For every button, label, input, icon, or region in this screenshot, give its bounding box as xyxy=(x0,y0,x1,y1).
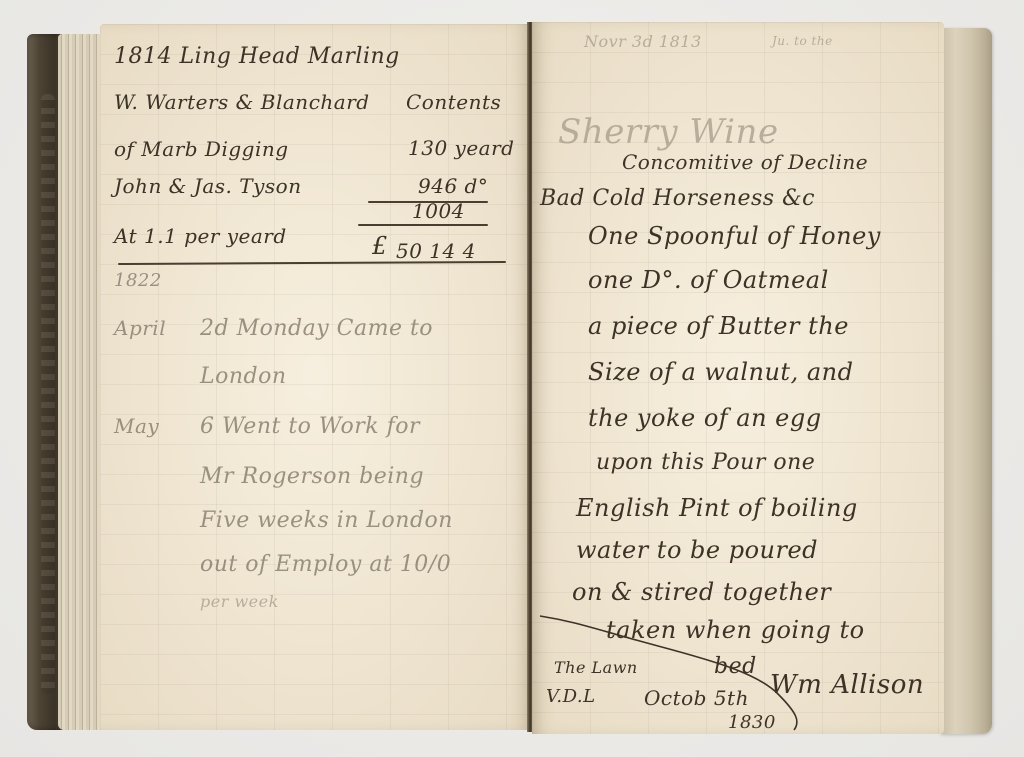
pencil-year: 1822 xyxy=(114,270,162,291)
place-line: V.D.L xyxy=(546,686,596,707)
value-amount: 130 xyxy=(408,136,448,160)
left-page: 1814 Ling Head Marling W. Warters & Blan… xyxy=(100,24,530,730)
entry-line: W. Warters & Blanchard xyxy=(114,90,370,114)
photo-background: 1814 Ling Head Marling W. Warters & Blan… xyxy=(0,0,1024,757)
pencil-title: Sherry Wine xyxy=(558,112,779,152)
pencil-month: May xyxy=(114,414,159,438)
total-value: 1004 xyxy=(412,199,465,223)
value-unit: yeard xyxy=(455,136,515,160)
pencil-line: Mr Rogerson being xyxy=(200,464,424,489)
right-page-stack xyxy=(940,28,992,734)
pencil-line: per week xyxy=(200,592,279,611)
pencil-line: 2d Monday Came to xyxy=(200,316,433,341)
recipe-line: Bad Cold Horseness &c xyxy=(540,186,815,211)
recipe-line: on & stired together xyxy=(572,578,831,606)
recipe-line: Size of a walnut, and xyxy=(588,358,853,386)
pencil-month: April xyxy=(114,316,166,340)
signature-year: 1830 xyxy=(728,712,776,733)
entry-rate: At 1.1 per yeard xyxy=(114,224,287,248)
header-date: Novr 3d 1813 xyxy=(584,32,702,51)
entry-line: John & Jas. Tyson xyxy=(114,174,302,198)
sum-rule xyxy=(358,224,488,226)
sum-value: 50 14 4 xyxy=(396,239,476,263)
recipe-line: Concomitive of Decline xyxy=(622,150,868,174)
recipe-line: a piece of Butter the xyxy=(588,312,849,340)
section-divider xyxy=(118,261,506,265)
pencil-line: Five weeks in London xyxy=(200,508,453,533)
recipe-line: One Spoonful of Honey xyxy=(588,222,881,250)
signature-date: Octob 5th xyxy=(644,686,749,710)
recipe-line: the yoke of an egg xyxy=(588,404,822,432)
place-line: The Lawn xyxy=(554,658,638,677)
entry-line: of Marb Digging xyxy=(114,137,289,161)
value-unit: d° xyxy=(465,174,489,198)
pencil-line: out of Employ at 10/0 xyxy=(200,552,451,577)
right-page: Novr 3d 1813 Ju. to the Sherry Wine Conc… xyxy=(532,22,944,734)
pencil-line: 6 Went to Work for xyxy=(200,414,420,439)
value-row: 946 d° xyxy=(418,174,488,198)
header-note: Ju. to the xyxy=(772,34,833,48)
value-amount: 946 xyxy=(418,174,458,198)
currency-symbol: £ xyxy=(372,232,388,260)
entry-heading: 1814 Ling Head Marling xyxy=(114,44,400,69)
recipe-line: English Pint of boiling xyxy=(576,494,858,522)
recipe-line: water to be poured xyxy=(576,536,818,564)
pencil-line: London xyxy=(200,364,287,389)
value-row: 130 yeard xyxy=(408,136,514,160)
recipe-line: upon this Pour one xyxy=(596,450,815,475)
column-header: Contents xyxy=(406,90,501,114)
recipe-line: one D°. of Oatmeal xyxy=(588,266,829,294)
